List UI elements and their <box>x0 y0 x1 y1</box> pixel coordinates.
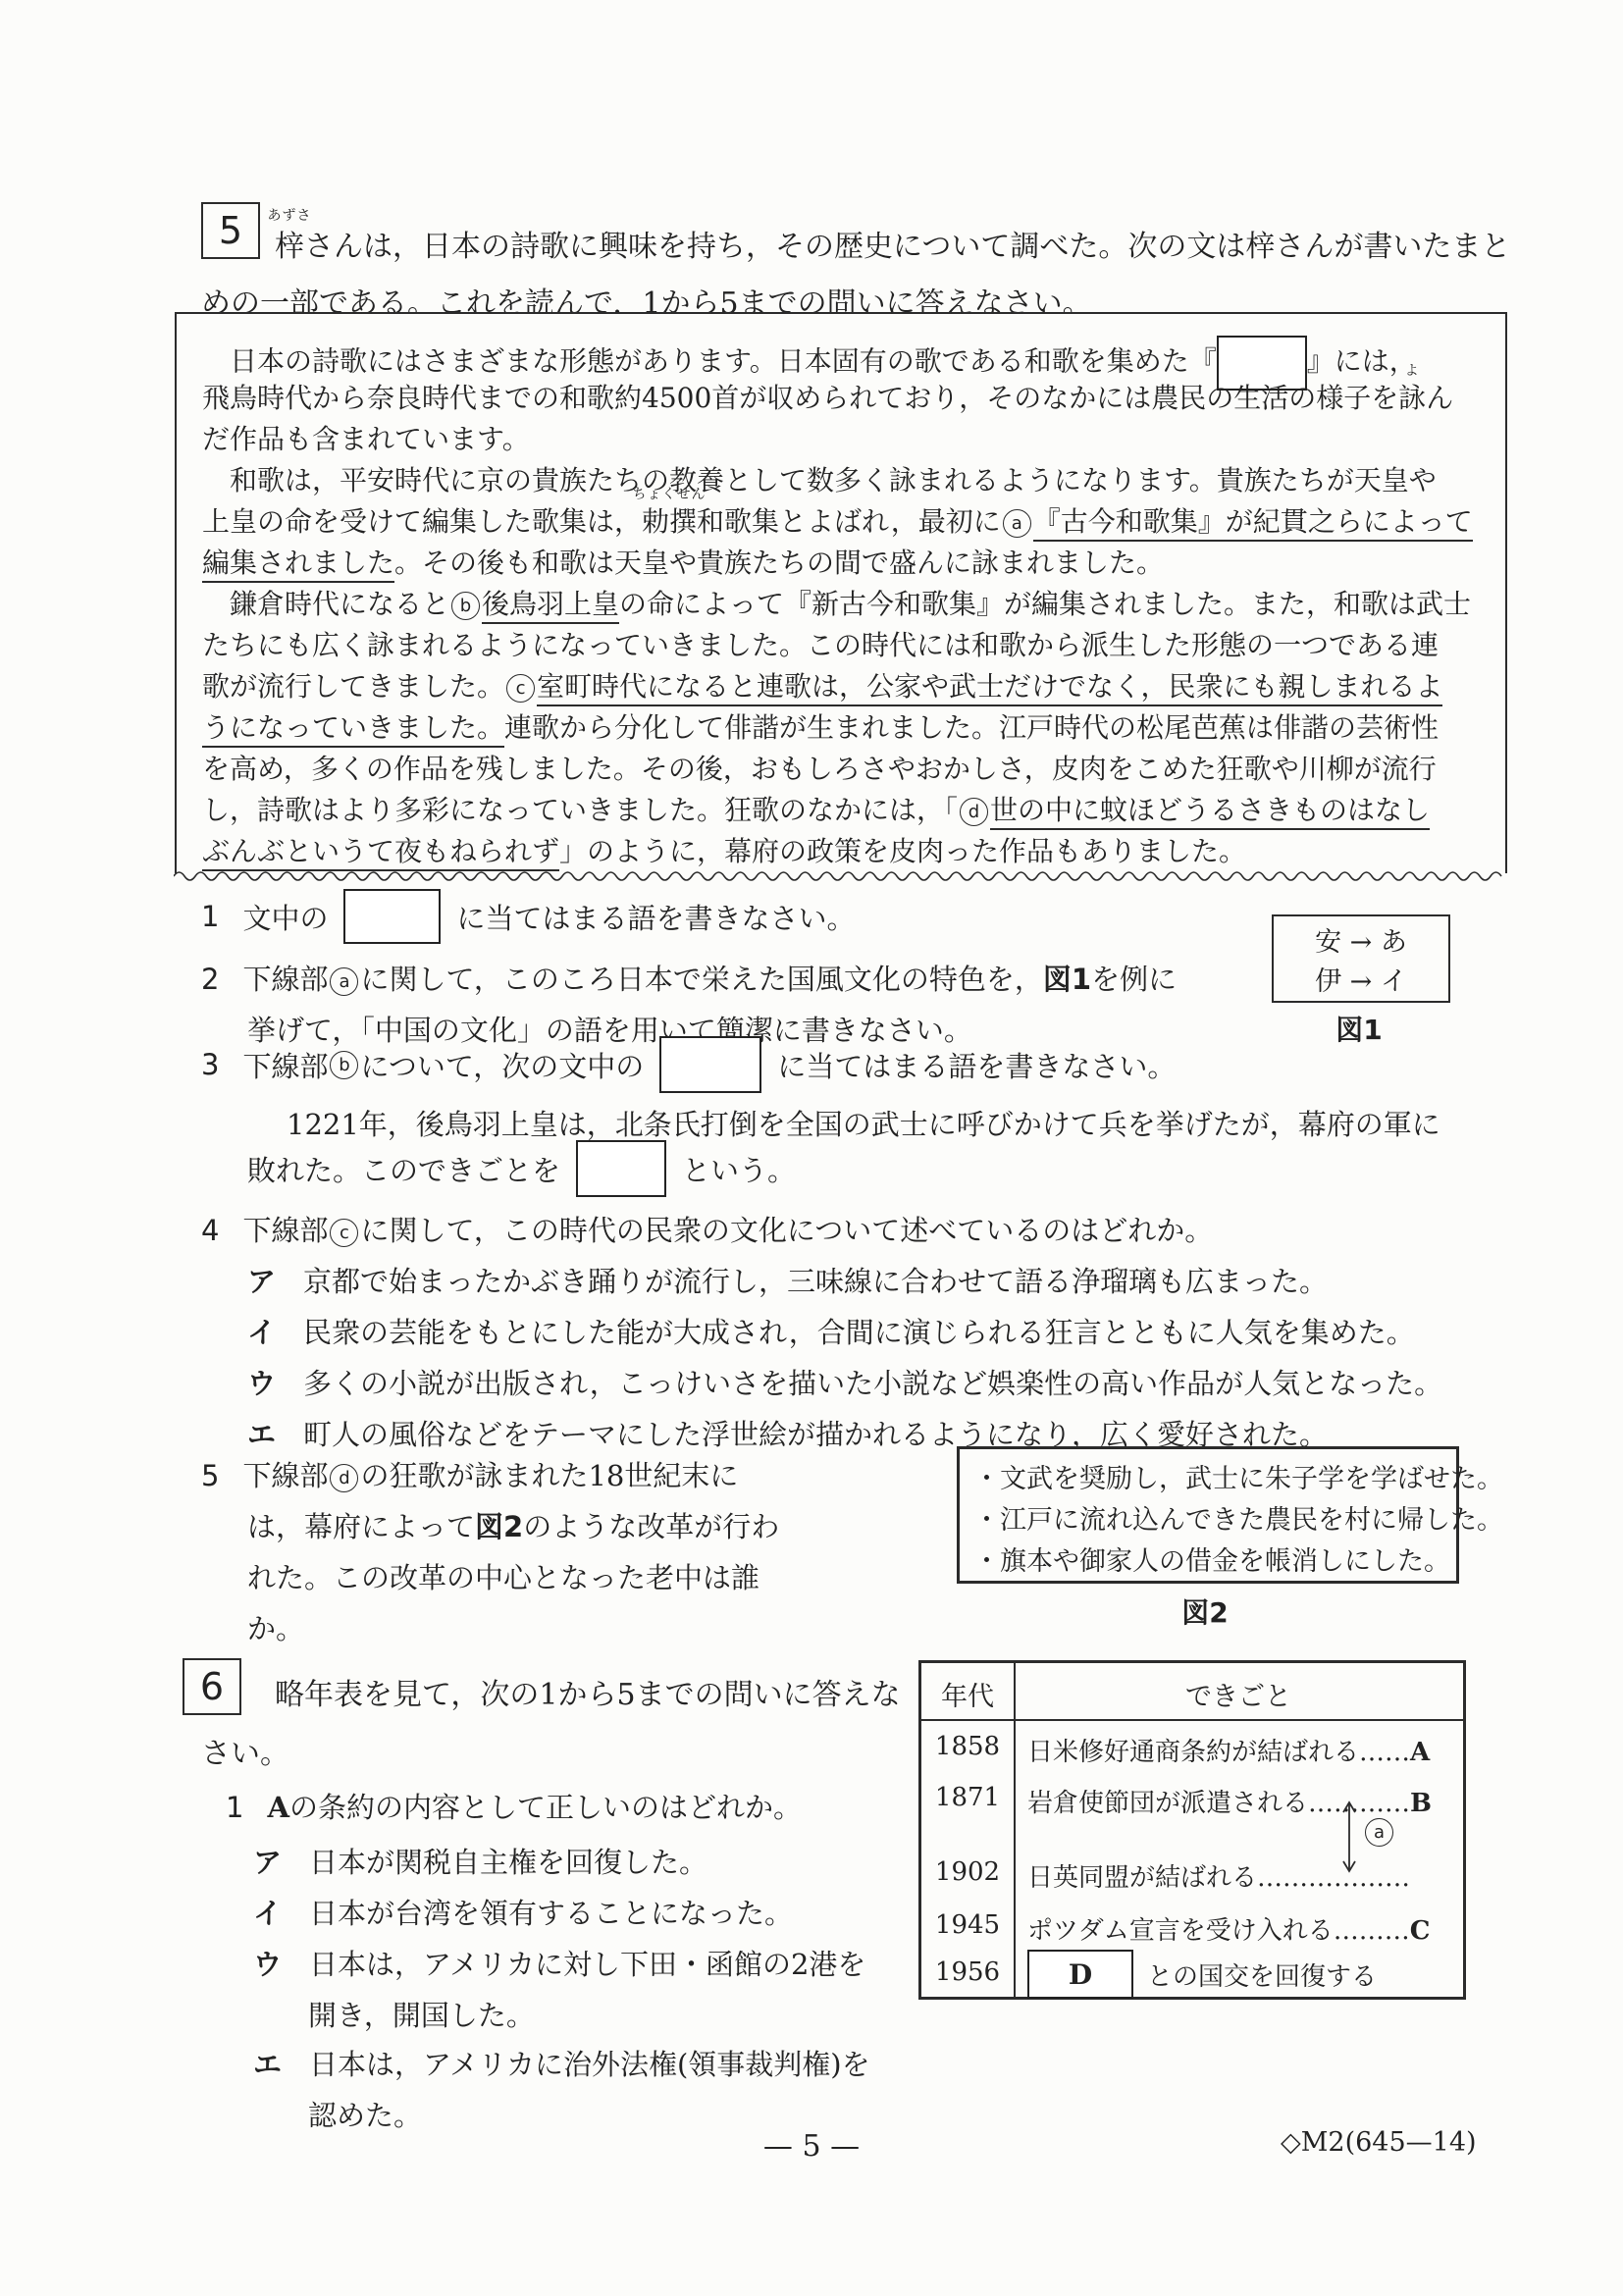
passage-line-12: し，詩歌はより多彩になっていきました。狂歌のなかには，「d世の中に蚊ほどうるさき… <box>202 789 1430 828</box>
circle-c-mark: c <box>330 1219 358 1247</box>
q5-sub3-statement-text: 敗れた。このできごとを <box>247 1149 560 1189</box>
fig2-item2: ・江戸に流れ込んできた農民を村に帰した。 <box>973 1498 1503 1537</box>
q5-sub5-text3: は，幕府によって <box>247 1510 475 1543</box>
q5-sub3-text: 下線部 <box>242 1045 328 1085</box>
timeline-year: 1902 <box>921 1857 1014 1887</box>
fig1-reference: 図1 <box>1043 963 1091 996</box>
timeline-year: 1871 <box>921 1783 1014 1812</box>
passage-text: 連歌から分化して俳諧が生まれました。江戸時代の松尾芭蕉は俳諧の芸術性 <box>504 711 1439 744</box>
ruby-text: よ <box>1405 360 1420 380</box>
fig1-row1: 安 → あ <box>1274 920 1448 959</box>
q5-sub2-number: 2 <box>201 963 219 996</box>
underlined-text-c: 室町時代になると連歌は，公家や武士だけでなく，民衆にも親しまれるよ <box>537 670 1442 706</box>
passage-line-6: 編集されました。その後も和歌は天皇や貴族たちの間で盛んに詠まれました。 <box>202 542 1164 581</box>
q6-sub1-tag-a: A <box>267 1791 289 1824</box>
option-label: ア <box>253 1846 282 1879</box>
q5-sub4-option-i: イ民衆の芸能をもとにした能が大成され，合間に演じられる狂言とともに人気を集めた。 <box>247 1311 1415 1351</box>
q5-sub5-line2: は，幕府によって図2のような改革が行わ <box>247 1505 779 1545</box>
q5-sub4: 4下線部cに関して，この時代の民衆の文化について述べているのはどれか。 <box>201 1209 1213 1249</box>
passage-line-2: 飛鳥時代から奈良時代までの和歌約4500首が収められており，そのなかには農民の生… <box>202 377 1453 416</box>
timeline-header-year: 年代 <box>921 1675 1014 1713</box>
timeline-tag-b: B <box>1410 1789 1432 1818</box>
passage-text: 」のように，幕府の政策を皮肉った作品もありました。 <box>559 835 1246 867</box>
underlined-text-d: 世の中に蚊ほどうるさきものはなし <box>990 794 1430 830</box>
q5-sub2-text3: を例に <box>1091 963 1177 996</box>
q5-sub2-text: 下線部 <box>242 963 328 996</box>
q5-sub1-number: 1 <box>201 900 219 933</box>
q5-sub5-line4: か。 <box>247 1607 304 1647</box>
circle-b-mark: b <box>330 1051 358 1079</box>
circle-c-mark: c <box>506 674 535 703</box>
q5-sub5-text: 下線部 <box>242 1459 328 1492</box>
timeline-year: 1858 <box>921 1732 1014 1761</box>
figure2-label: 図2 <box>957 1592 1453 1631</box>
ruby-base: 詠 <box>1398 382 1426 414</box>
passage-line-7: 鎌倉時代になるとb後鳥羽上皇の命によって『新古今和歌集』が編集されました。また，… <box>202 583 1471 622</box>
ruby-azusa: 梓あずさ <box>275 222 304 265</box>
timeline-event: 岩倉使節団が派遣される…………B <box>1027 1783 1432 1819</box>
q6-intro-line1: 略年表を見て，次の1から5までの問いに答えな <box>275 1670 901 1713</box>
q5-intro-line1: 梓あずささんは，日本の詩歌に興味を持ち，その歴史について調べた。次の文は梓さんが… <box>275 222 1510 265</box>
q6-option-e-line1: エ日本は，アメリカに治外法権(領事裁判権)を <box>253 2043 870 2083</box>
q5-sub3-text3: に当てはまる語を書きなさい。 <box>777 1045 1176 1085</box>
wavy-border <box>174 864 1506 882</box>
fig1-row2: 伊 → イ <box>1274 960 1448 998</box>
timeline-event: ポツダム宣言を受け入れる………C <box>1027 1910 1430 1947</box>
fig2-item1: ・文武を奨励し，武士に朱子学を学ばせた。 <box>973 1457 1503 1495</box>
underlined-text-a: 『古今和歌集』が紀貫之らによって <box>1033 505 1473 542</box>
q6-option-u-line1: ウ日本は，アメリカに対し下田・函館の2港を <box>253 1943 865 1983</box>
option-label: ア <box>247 1265 276 1298</box>
timeline-event-text: との国交を回復する <box>1147 1957 1377 1993</box>
q5-sub4-text: 下線部 <box>242 1214 328 1247</box>
passage-line-3: だ作品も含まれています。 <box>202 418 530 457</box>
passage-text: 日本の詩歌にはさまざまな形態があります。日本固有の歌である和歌を集めた『 <box>202 345 1217 378</box>
underlined-text-a: 編集されました <box>202 547 394 583</box>
ruby-chokusen: 勅撰ちょくせん <box>642 500 697 540</box>
q5-sub1: 1 文中の に当てはまる語を書きなさい。 <box>201 889 855 944</box>
passage-line-5: 上皇の命を受けて編集した歌集は，勅撰ちょくせん和歌集とよばれ，最初にa『古今和歌… <box>202 500 1473 540</box>
timeline-event-text: ポツダム宣言を受け入れる……… <box>1027 1916 1410 1946</box>
passage-line-13: ぶんぶというて夜もねられず」のように，幕府の政策を皮肉った作品もありました。 <box>202 830 1246 869</box>
q5-sub3-event-blank[interactable] <box>576 1140 666 1197</box>
exam-page: 5 梓あずささんは，日本の詩歌に興味を持ち，その歴史について調べた。次の文は梓さ… <box>0 0 1623 2296</box>
figure1-box: 安 → あ 伊 → イ <box>1272 914 1450 1003</box>
q6-sub1: 1Aの条約の内容として正しいのはどれか。 <box>226 1786 802 1826</box>
passage-text: 和歌集とよばれ，最初に <box>697 505 1001 538</box>
question5-number: 5 <box>219 209 242 252</box>
passage-text: 鎌倉時代になると <box>202 588 449 620</box>
passage-text: 上皇の命を受けて編集した歌集は， <box>202 505 642 538</box>
circle-a-mark: a <box>1003 509 1031 538</box>
circle-a-mark: a <box>330 967 358 996</box>
circle-d-mark: d <box>330 1464 358 1492</box>
ruby-text: あずさ <box>268 205 312 225</box>
passage-text: ん <box>1426 382 1453 414</box>
q5-sub4-option-u: ウ多くの小説が出版され，こっけいさを描いた小説など娯楽性の高い作品が人気となった… <box>247 1362 1442 1402</box>
figure1-label: 図1 <box>1272 1009 1446 1048</box>
option-text: 日本は，アメリカに対し下田・函館の2港を <box>309 1948 865 1981</box>
option-label: ウ <box>253 1948 282 1981</box>
passage-text: し，詩歌はより多彩になっていきました。狂歌のなかには，「 <box>202 794 958 826</box>
figure2-box: ・文武を奨励し，武士に朱子学を学ばせた。 ・江戸に流れ込んできた農民を村に帰した… <box>957 1446 1459 1584</box>
q5-sub2-text2: に関して，このころ日本で栄えた国風文化の特色を， <box>360 963 1042 996</box>
underlined-text-b: 後鳥羽上皇 <box>482 588 619 624</box>
q5-sub3: 3 下線部 b について，次の文中の に当てはまる語を書きなさい。 <box>201 1036 1176 1093</box>
passage-text: 。その後も和歌は天皇や貴族たちの間で盛んに詠まれました。 <box>394 547 1164 579</box>
q5-sub3-statement-line1: 1221年，後鳥羽上皇は，北条氏打倒を全国の武士に呼びかけて兵を挙げたが，幕府の… <box>287 1103 1440 1143</box>
q5-sub5-line1: 5下線部dの狂歌が詠まれた18世紀末に <box>201 1454 738 1494</box>
q5-sub1-text: 文中の <box>242 897 328 937</box>
table-header-divider <box>921 1719 1463 1721</box>
underlined-text-c: うになっていきました。 <box>202 711 504 748</box>
timeline-event-text: 日米修好通商条約が結ばれる…… <box>1027 1738 1410 1767</box>
q5-sub4-option-a: ア京都で始まったかぶき踊りが流行し，三味線に合わせて語る浄瑠璃も広まった。 <box>247 1260 1328 1300</box>
q6-intro-line2: さい。 <box>201 1729 289 1772</box>
q5-sub2-line1: 2下線部aに関して，このころ日本で栄えた国風文化の特色を，図1を例に <box>201 958 1177 998</box>
passage-line-8: たちにも広く詠まれるようになっていきました。この時代には和歌から派生した形態の一… <box>202 624 1439 663</box>
ruby-base: 梓 <box>275 230 304 264</box>
q5-sub3-number: 3 <box>201 1048 219 1081</box>
timeline-tag-c: C <box>1410 1916 1431 1946</box>
timeline-year: 1956 <box>921 1957 1014 1987</box>
q5-intro-line1-text: さんは，日本の詩歌に興味を持ち，その歴史について調べた。次の文は梓さんが書いたま… <box>304 230 1510 264</box>
q5-sub3-statement-line2: 敗れた。このできごとを という。 <box>247 1140 796 1197</box>
q5-sub3-text2: について，次の文中の <box>360 1045 644 1085</box>
timeline-tag-a: A <box>1410 1738 1430 1767</box>
timeline-event-d: Dとの国交を回復する <box>1027 1950 1377 1999</box>
option-text: 多くの小説が出版され，こっけいさを描いた小説など娯楽性の高い作品が人気となった。 <box>303 1367 1442 1400</box>
q5-sub3-answer-blank[interactable] <box>659 1036 761 1093</box>
q6-option-e-line2: 認めた。 <box>308 2094 422 2134</box>
timeline-year: 1945 <box>921 1910 1014 1940</box>
timeline-event: 日米修好通商条約が結ばれる……A <box>1027 1732 1430 1768</box>
circle-b-mark: b <box>451 592 480 620</box>
passage-line-11: を高め，多くの作品を残しました。その後，おもしろさやおかしさ，皮肉をこめた狂歌や… <box>202 748 1437 787</box>
q6-sub1-text: の条約の内容として正しいのはどれか。 <box>289 1791 802 1824</box>
passage-line-10: うになっていきました。連歌から分化して俳諧が生まれました。江戸時代の松尾芭蕉は俳… <box>202 706 1439 746</box>
q5-sub4-number: 4 <box>201 1214 219 1247</box>
double-arrow-icon <box>1341 1800 1357 1873</box>
q6-sub1-number: 1 <box>226 1791 243 1824</box>
circle-d-mark: d <box>960 798 988 826</box>
option-label: エ <box>253 2048 282 2081</box>
ruby-yo: 詠よ <box>1398 377 1426 416</box>
q6-option-i: イ日本が台湾を領有することになった。 <box>253 1892 793 1932</box>
passage-text: の命によって『新古今和歌集』が編集されました。また，和歌は武士 <box>619 588 1471 620</box>
ruby-text: ちょくせん <box>633 484 707 503</box>
timeline-table: 年代 できごと 1858 日米修好通商条約が結ばれる……A 1871 岩倉使節団… <box>918 1660 1466 2000</box>
passage-text: 飛鳥時代から奈良時代までの和歌約4500首が収められており，そのなかには農民の生… <box>202 382 1398 414</box>
timeline-header-event: できごと <box>1014 1675 1463 1713</box>
q5-sub1-answer-blank[interactable] <box>343 889 441 944</box>
option-label: イ <box>247 1316 276 1349</box>
q5-sub1-text2: に当てはまる語を書きなさい。 <box>456 897 855 937</box>
q5-sub4-text2: に関して，この時代の民衆の文化について述べているのはどれか。 <box>360 1214 1213 1247</box>
q5-sub5-number: 5 <box>201 1459 219 1492</box>
q6-option-u-line2: 開き，開国した。 <box>308 1994 535 2034</box>
table-column-divider <box>1014 1663 1016 1997</box>
document-code: ◇M2(645—14) <box>1281 2127 1477 2158</box>
option-label: エ <box>247 1418 276 1451</box>
option-label: イ <box>253 1897 282 1930</box>
question6-number: 6 <box>200 1665 224 1708</box>
circle-a-mark: a <box>1365 1818 1393 1847</box>
ruby-base: 勅撰 <box>642 505 697 538</box>
q5-sub5-text4: のような改革が行わ <box>523 1510 779 1543</box>
passage-line-9: 歌が流行してきました。c室町時代になると連歌は，公家や武士だけでなく，民衆にも親… <box>202 665 1442 704</box>
q5-sub5-text2: の狂歌が詠まれた18世紀末に <box>360 1459 738 1492</box>
question6-number-box: 6 <box>183 1658 241 1715</box>
passage-text: 』には， <box>1307 345 1417 378</box>
passage-line-4: 和歌は，平安時代に京の貴族たちの教養として数多く詠まれるようになります。貴族たち… <box>202 459 1437 498</box>
question5-number-box: 5 <box>201 202 260 259</box>
q5-passage-box: 日本の詩歌にはさまざまな形態があります。日本固有の歌である和歌を集めた『』には，… <box>175 312 1507 873</box>
option-text: 日本が台湾を領有することになった。 <box>309 1897 793 1930</box>
q6-option-a: ア日本が関税自主権を回復した。 <box>253 1841 707 1881</box>
option-text: 日本が関税自主権を回復した。 <box>309 1846 707 1879</box>
option-text: 京都で始まったかぶき踊りが流行し，三味線に合わせて語る浄瑠璃も広まった。 <box>303 1265 1328 1298</box>
option-text: 日本は，アメリカに治外法権(領事裁判権)を <box>309 2048 870 2081</box>
timeline-d-blank[interactable]: D <box>1027 1950 1133 1999</box>
q5-sub3-statement-text2: という。 <box>682 1149 796 1189</box>
passage-text: 歌が流行してきました。 <box>202 670 504 703</box>
fig2-reference: 図2 <box>475 1510 523 1543</box>
fig2-item3: ・旗本や御家人の借金を帳消しにした。 <box>973 1539 1450 1578</box>
q5-sub5-line3: れた。この改革の中心となった老中は誰 <box>247 1556 759 1596</box>
option-text: 民衆の芸能をもとにした能が大成され，合間に演じられる狂言とともに人気を集めた。 <box>303 1316 1415 1349</box>
option-label: ウ <box>247 1367 276 1400</box>
